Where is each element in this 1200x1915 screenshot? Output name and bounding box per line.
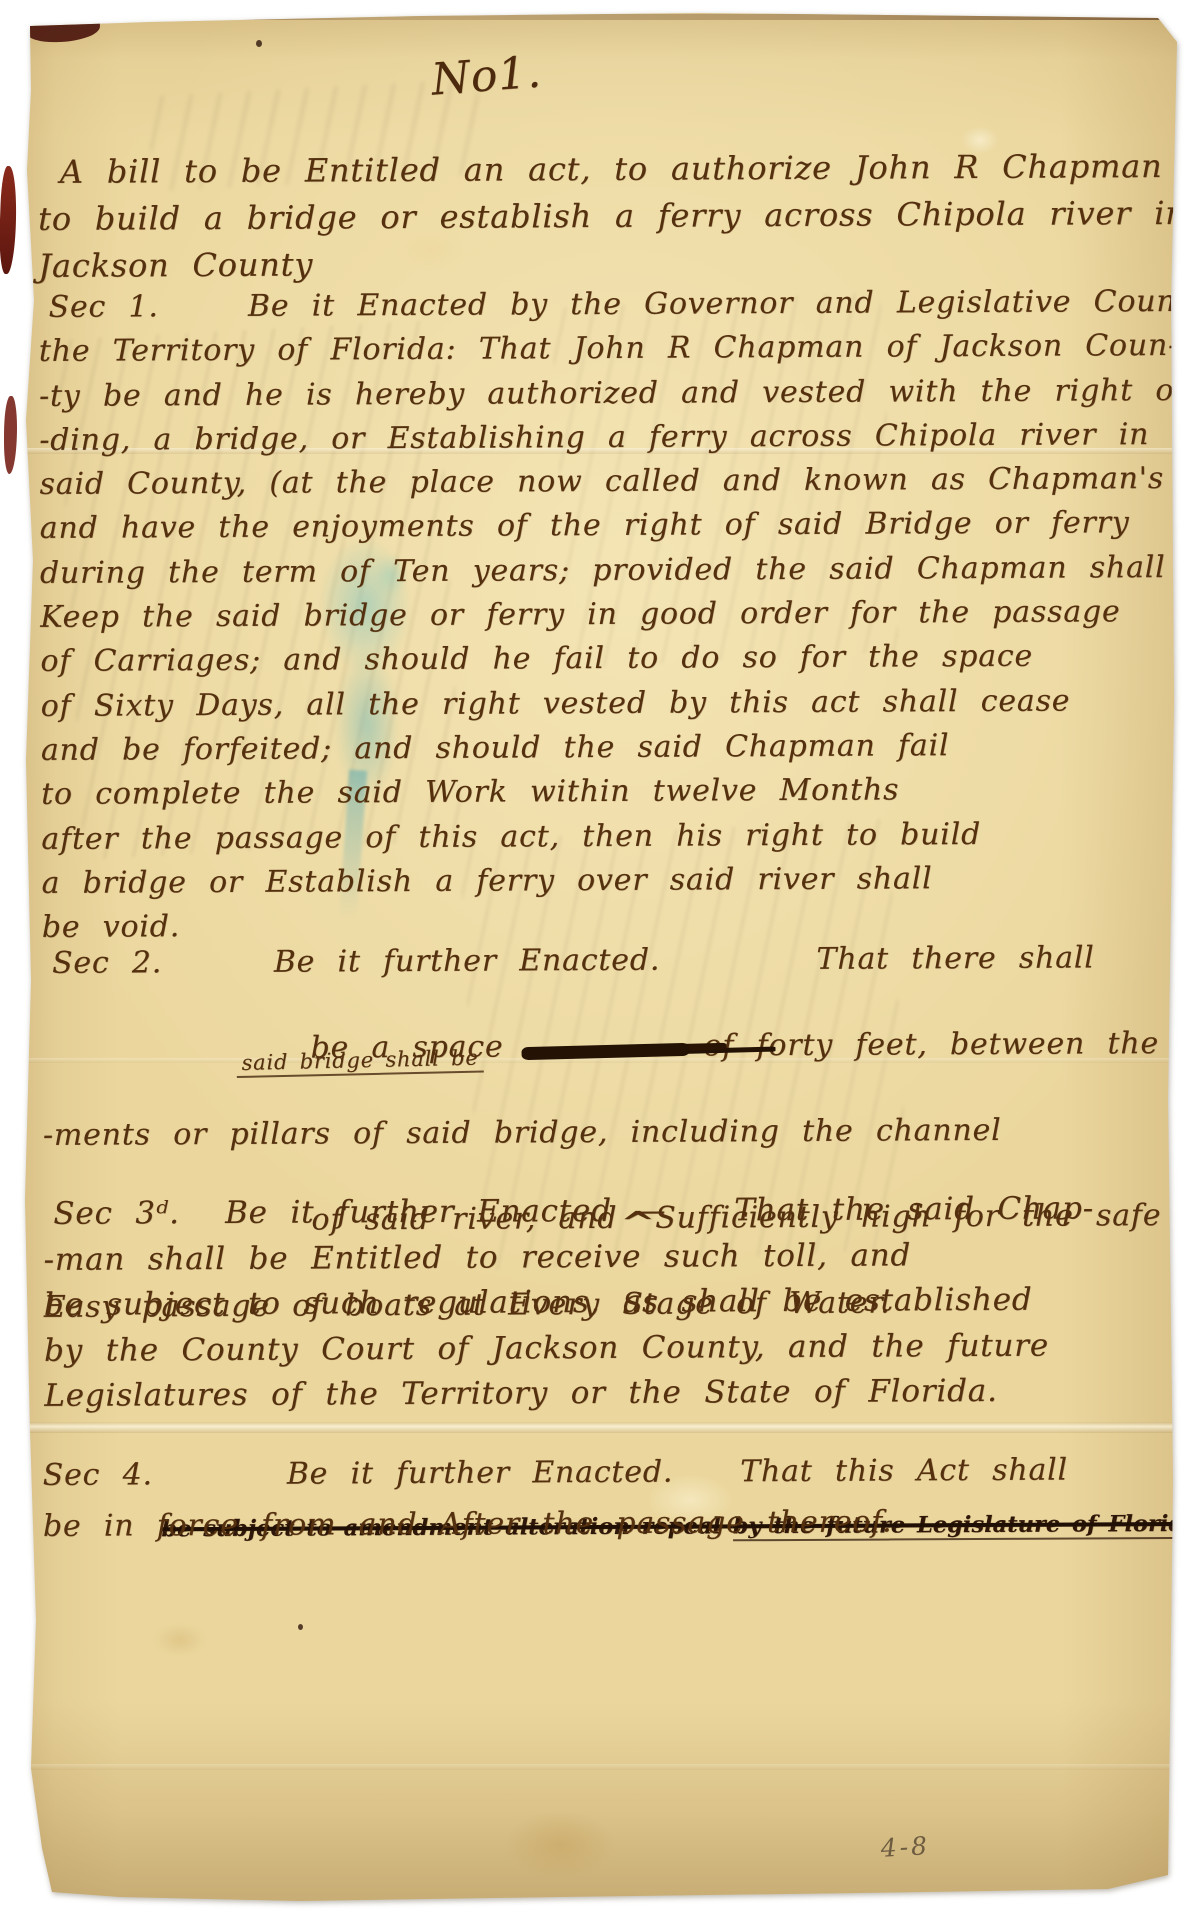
section-3: Sec 3ᵈ. Be it further Enacted — That the…	[43, 1186, 1172, 1419]
manuscript-line: -ty be and he is hereby authorized and v…	[39, 369, 1167, 419]
manuscript-line: of Carriages; and should he fail to do s…	[40, 634, 1168, 684]
scratched-out-text	[521, 1043, 689, 1060]
document-number-heading: No1.	[430, 47, 544, 106]
manuscript-line: during the term of Ten years; provided t…	[40, 546, 1168, 596]
manuscript-line: by the County Court of Jackson County, a…	[44, 1323, 1172, 1374]
manuscript-line: -ments or pillars of said bridge, includ…	[43, 1108, 1171, 1157]
manuscript-line: to complete the said Work within twelve …	[41, 767, 1169, 817]
manuscript-line: said County, (at the place now called an…	[39, 457, 1167, 507]
manuscript-line: -ding, a bridge, or Establishing a ferry…	[39, 413, 1167, 463]
paper-shadow-wrap: No1. A bill to be Entitled an act, to au…	[0, 0, 1200, 1915]
manuscript-line: the Territory of Florida: That John R Ch…	[39, 324, 1167, 374]
manuscript-line: and have the enjoyments of the right of …	[40, 502, 1168, 552]
manuscript-line: Sec 2. Be it further Enacted. That there…	[42, 936, 1170, 985]
manuscript-page: No1. A bill to be Entitled an act, to au…	[0, 0, 1200, 1915]
manuscript-line: after the passage of this act, then his …	[41, 812, 1169, 862]
bill-title: A bill to be Entitled an act, to authori…	[38, 143, 1167, 290]
manuscript-line: a bridge or Establish a ferry over said …	[41, 856, 1169, 906]
manuscript-line: -man shall be Entitled to receive such t…	[43, 1232, 1171, 1283]
manuscript-line: to build a bridge or establish a ferry a…	[38, 190, 1166, 243]
scan-background: No1. A bill to be Entitled an act, to au…	[0, 0, 1200, 1915]
manuscript-line: Legislatures of the Territory or the Sta…	[44, 1368, 1172, 1419]
handwriting-layer: No1. A bill to be Entitled an act, to au…	[0, 0, 1200, 1915]
manuscript-line: Sec 3ᵈ. Be it further Enacted — That the…	[43, 1186, 1171, 1237]
manuscript-line: A bill to be Entitled an act, to authori…	[38, 143, 1166, 196]
manuscript-line: be in force from and After the passage t…	[43, 1504, 892, 1543]
section-1: Sec 1. Be it Enacted by the Governor and…	[38, 280, 1169, 950]
manuscript-line: Sec 1. Be it Enacted by the Governor and…	[38, 280, 1166, 330]
manuscript-line: be subject to such regulations, as shall…	[44, 1277, 1172, 1328]
page-code: 4-8	[880, 1831, 931, 1863]
manuscript-line: Keep the said bridge or ferry in good or…	[40, 590, 1168, 640]
manuscript-line: be a spaceof forty feet, between the abu…	[42, 979, 1171, 1114]
line-segment: of forty feet, between the abut-	[703, 1026, 1200, 1064]
interlinear-insertion: said bridge shall be	[236, 1045, 484, 1078]
manuscript-line: and be forfeited; and should the said Ch…	[41, 723, 1169, 773]
manuscript-line: of Sixty Days, all the right vested by t…	[41, 679, 1169, 729]
